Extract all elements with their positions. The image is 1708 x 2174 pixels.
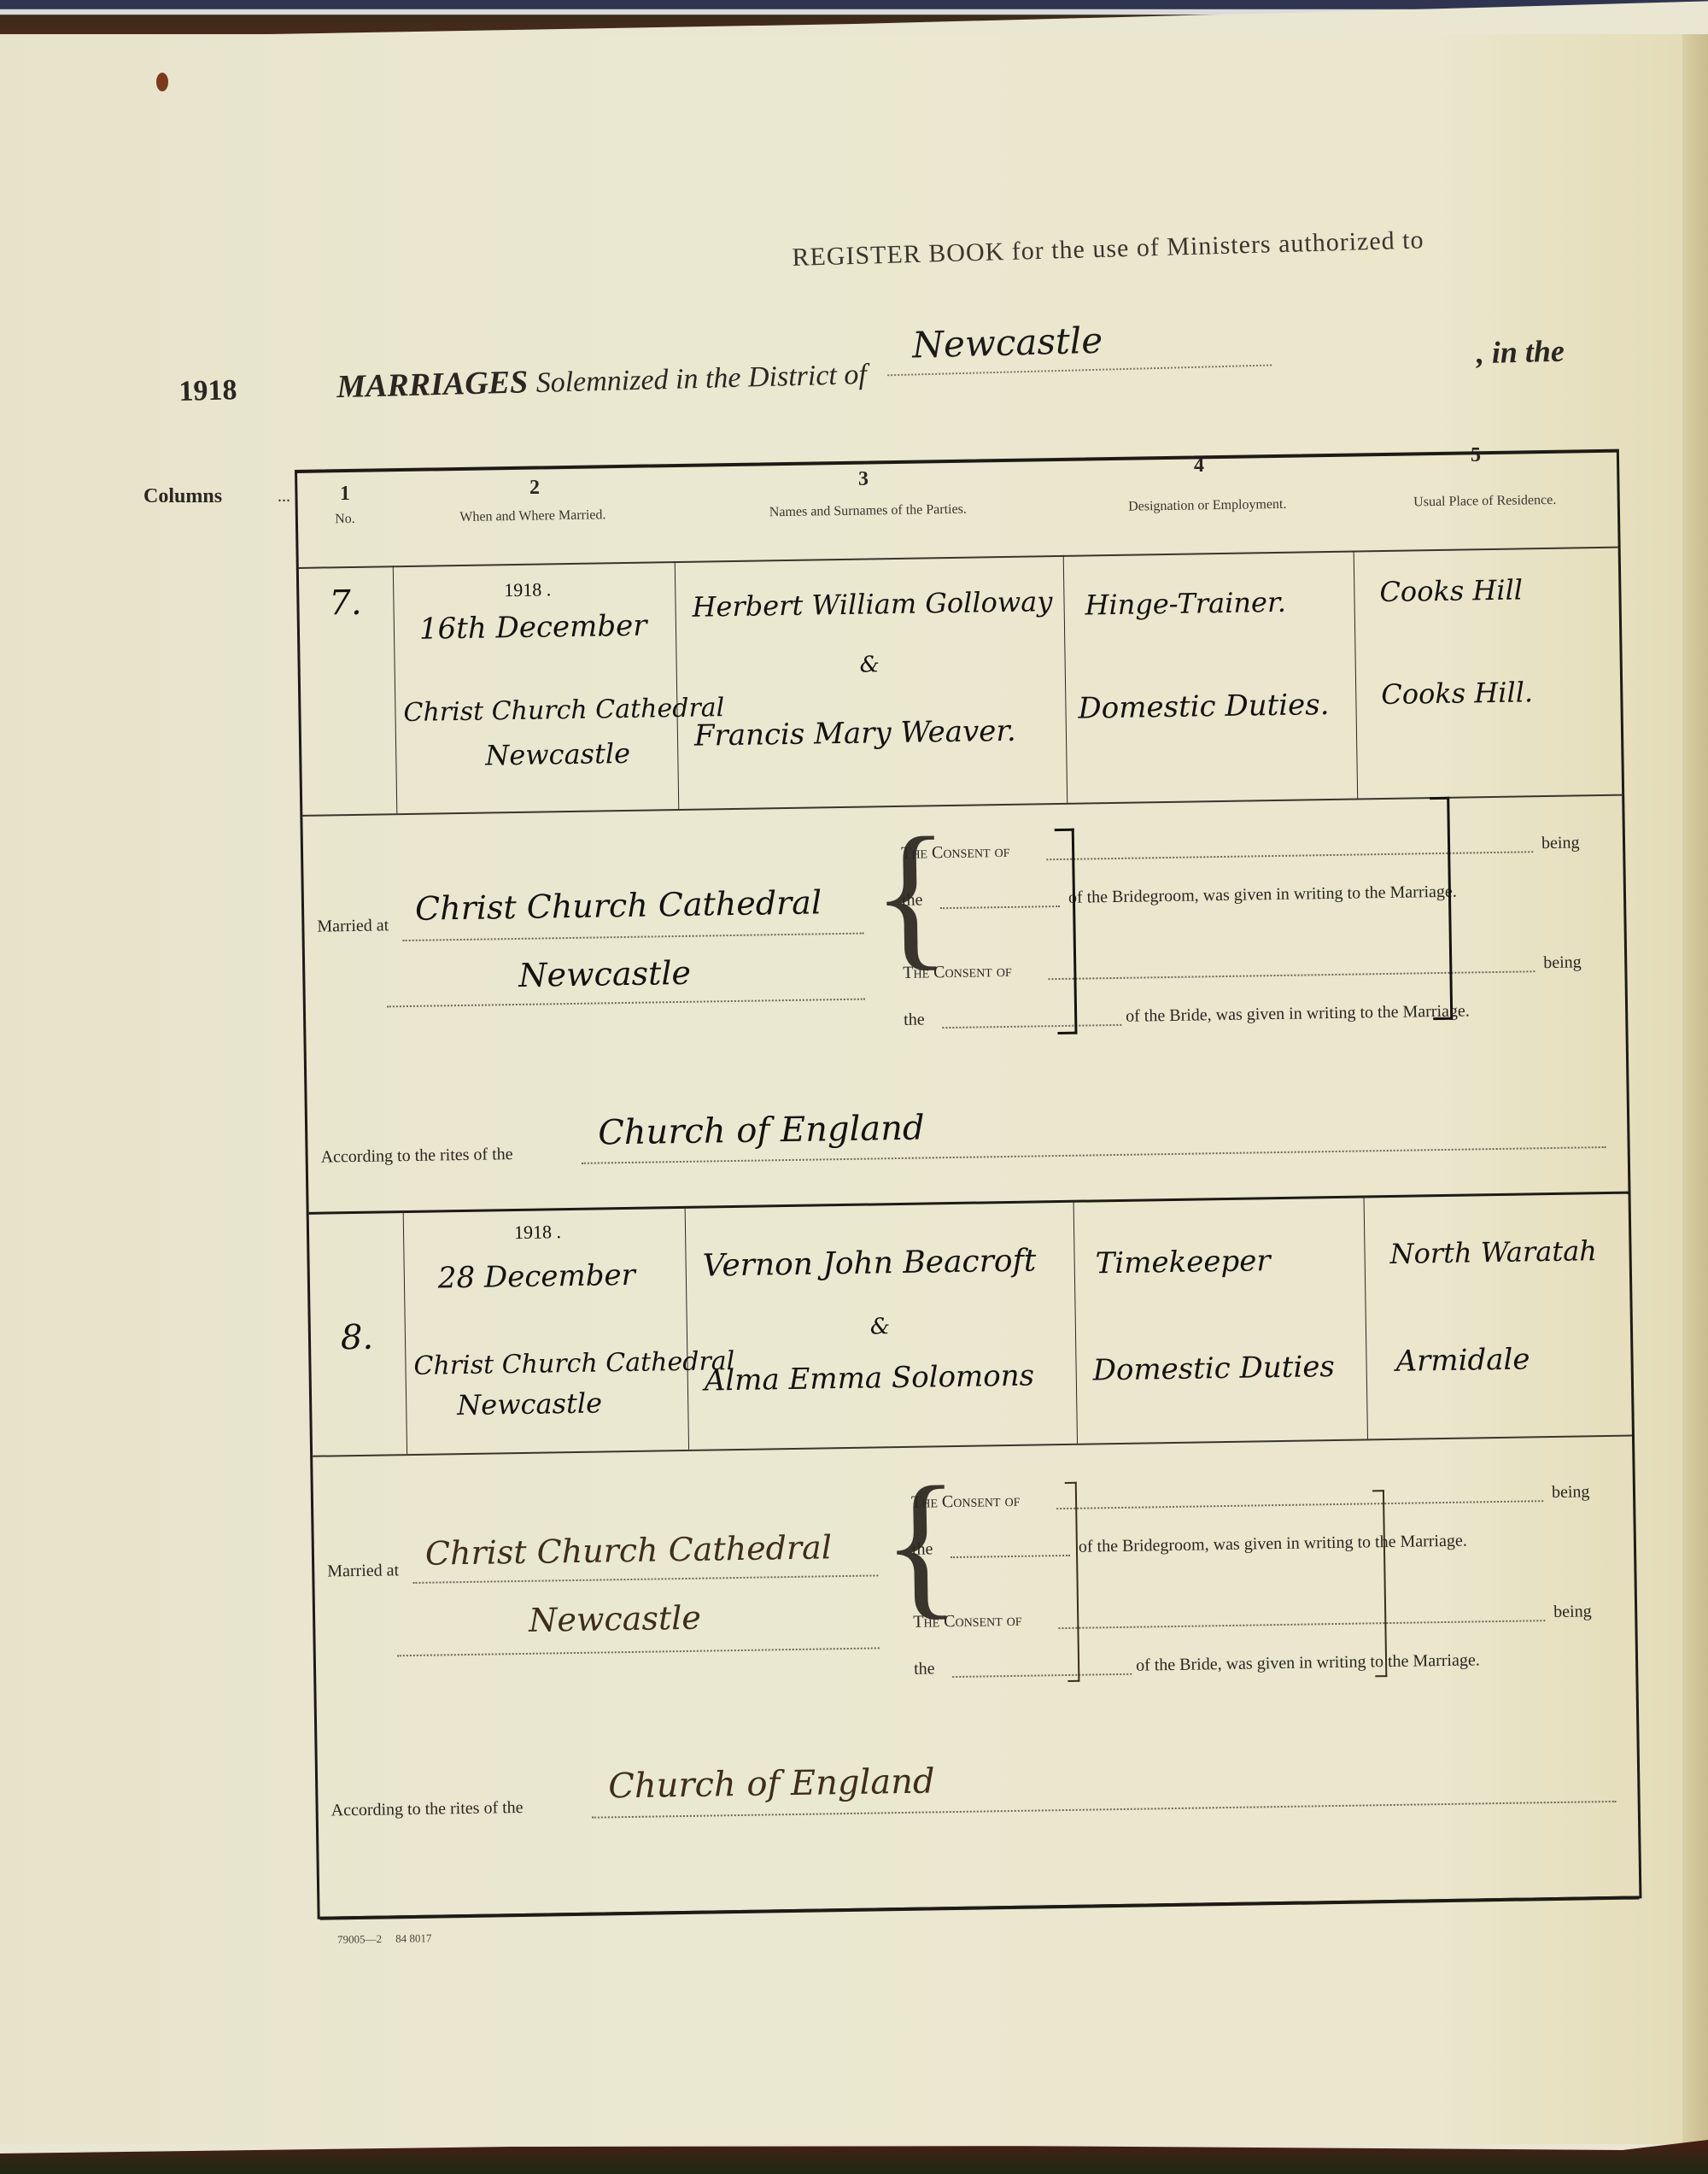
groom-the: the (912, 1539, 933, 1559)
ink-bracket-right (1430, 797, 1453, 1020)
groom-employment: Timekeeper (1095, 1244, 1271, 1280)
columns-label: Columns (143, 485, 222, 508)
ink-bracket-right (1372, 1490, 1387, 1677)
groom-consent-field (1046, 851, 1533, 860)
marriages-word: MARRIAGES (336, 364, 529, 405)
bride-residence: Cooks Hill. (1381, 676, 1533, 711)
in-the-text: , in the (1476, 333, 1565, 372)
column-divider (1063, 555, 1068, 803)
bride-consent-of: The Consent of (913, 1611, 1022, 1632)
column-divider (403, 1210, 407, 1454)
ink-stain (156, 73, 168, 91)
groom-consent-of: The Consent of (911, 1491, 1021, 1513)
form-code: 79005—2 84 8017 (337, 1931, 432, 1947)
marriage-date: 16th December (419, 609, 647, 647)
groom-name: Vernon John Beacroft (702, 1243, 1036, 1283)
bride-consent-text: of the Bride, was given in writing to th… (1126, 1001, 1470, 1026)
ampersand: & (870, 1314, 891, 1339)
groom-consent-field (1056, 1500, 1543, 1509)
rites-value: Church of England (608, 1761, 935, 1806)
groom-employment: Hinge-Trainer. (1085, 586, 1286, 622)
header-residence: Usual Place of Residence. (1352, 453, 1618, 551)
married-at-line-1 (403, 933, 864, 941)
bridegroom-consent-text: of the Bridegroom, was given in writing … (1079, 1532, 1467, 1557)
bride-consent-field (1058, 1620, 1545, 1629)
print-number: 84 8017 (395, 1931, 431, 1945)
entry-row-7: 7. 1918 . 16th December Christ Church Ca… (299, 547, 1622, 817)
bride-being: being (1553, 1602, 1592, 1622)
book-bottom-edge (0, 2140, 1708, 2174)
district-field (887, 365, 1272, 377)
married-at-label: Married at (327, 1561, 399, 1581)
entry-number: 7. (329, 583, 362, 624)
married-at-line-1 (412, 1574, 878, 1584)
header-when-where: When and Where Married. (391, 467, 675, 565)
groom-residence: Cooks Hill (1379, 573, 1523, 608)
bride-residence: Armidale (1395, 1342, 1530, 1378)
marriage-date: 28 December (438, 1258, 636, 1296)
married-at-line-2 (397, 1647, 880, 1656)
groom-being: being (1541, 833, 1580, 853)
groom-relation-field (951, 1555, 1070, 1558)
groom-consent-of: The Consent of (901, 842, 1010, 864)
ink-bracket-left (1065, 1482, 1080, 1682)
rites-value: Church of England (598, 1109, 925, 1153)
entry-year: 1918 . (514, 1221, 561, 1244)
header-no: No. (297, 472, 393, 567)
column-divider (1073, 1200, 1078, 1444)
marriage-place-town: Newcastle (485, 737, 630, 772)
bride-name: Alma Emma Solomons (704, 1359, 1034, 1398)
column-divider (685, 1206, 689, 1450)
married-at-label: Married at (317, 916, 389, 936)
marriage-register-table: No. When and Where Married. Names and Su… (295, 449, 1641, 1919)
page-gutter (1682, 34, 1708, 2144)
bride-the: the (914, 1659, 935, 1679)
groom-relation-field (940, 905, 1060, 909)
bride-being: being (1543, 952, 1582, 973)
groom-residence: North Waratah (1389, 1234, 1597, 1270)
form-number: 79005—2 (337, 1932, 382, 1946)
marriage-place: Christ Church Cathedral (413, 1346, 734, 1381)
district-value: Newcastle (912, 319, 1103, 366)
bride-consent-field (1048, 970, 1535, 980)
column-divider (1354, 551, 1359, 799)
groom-name: Herbert William Golloway (692, 585, 1052, 624)
header-names: Names and Surnames of the Parties. (673, 461, 1063, 561)
column-divider (393, 565, 398, 813)
bride-employment: Domestic Duties (1092, 1350, 1335, 1387)
groom-being: being (1552, 1482, 1590, 1503)
entry-number: 8. (341, 1318, 374, 1358)
bride-relation-field (952, 1673, 1132, 1678)
bride-relation-field (942, 1024, 1121, 1028)
bridegroom-consent-text: of the Bridegroom, was given in writing … (1068, 882, 1457, 908)
bride-the: the (904, 1010, 925, 1029)
rites-label: According to the rites of the (320, 1145, 512, 1168)
bride-consent-of: The Consent of (903, 962, 1012, 983)
ampersand: & (859, 652, 880, 677)
married-at-town: Newcastle (529, 1599, 701, 1639)
bride-name: Francis Mary Weaver. (694, 714, 1016, 753)
column-divider (675, 561, 680, 809)
solemnized-text: Solemnized in the District of (535, 359, 867, 399)
married-at-town: Newcastle (518, 954, 691, 994)
marriage-place: Christ Church Cathedral (403, 693, 724, 728)
entry-7-details: Married at Christ Church Cathedral Newca… (302, 794, 1628, 1215)
groom-the: the (902, 891, 923, 911)
header-designation: Designation or Employment. (1062, 457, 1354, 555)
column-divider (1363, 1195, 1367, 1439)
married-at-value: Christ Church Cathedral (425, 1528, 833, 1572)
entry-row-8: 8. 1918 . 28 December Christ Church Cath… (309, 1192, 1632, 1457)
married-at-line-2 (387, 999, 865, 1008)
bride-consent-text: of the Bride, was given in writing to th… (1136, 1650, 1480, 1675)
married-at-value: Christ Church Cathedral (415, 883, 822, 927)
register-year: 1918 (178, 374, 237, 408)
bride-employment: Domestic Duties. (1078, 688, 1330, 726)
entry-year: 1918 . (504, 578, 551, 601)
columns-dots: ... (278, 487, 290, 507)
marriage-place-town: Newcastle (457, 1386, 602, 1421)
ink-bracket-left (1055, 829, 1078, 1034)
rites-label: According to the rites of the (330, 1798, 523, 1821)
entry-8-details: Married at Christ Church Cathedral Newca… (313, 1435, 1639, 1920)
